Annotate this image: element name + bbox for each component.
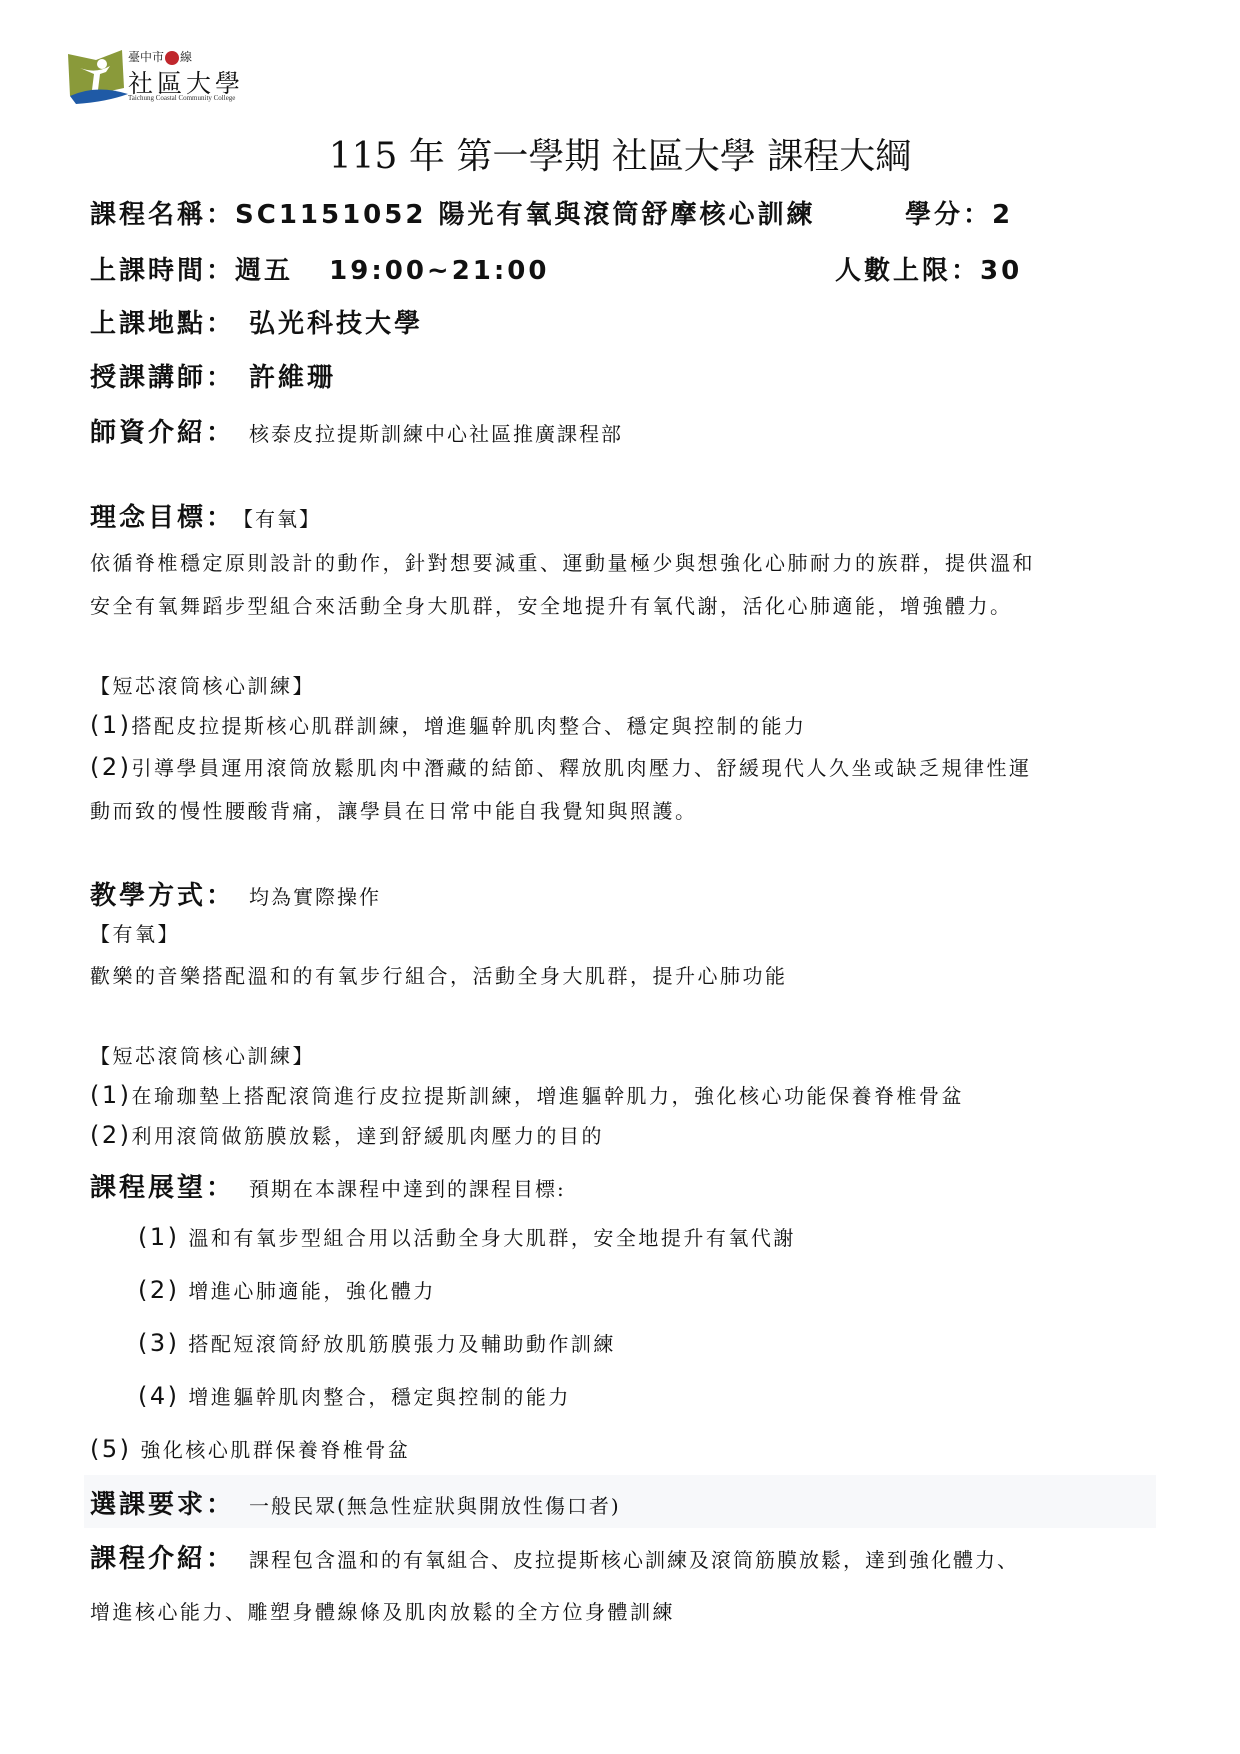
requirements-label: 選課要求： xyxy=(90,1490,235,1520)
credits-row: 學分：2 xyxy=(905,194,1013,231)
course-name-label: 課程名稱： xyxy=(90,200,235,230)
intro-line-1: 課程包含溫和的有氧組合、皮拉提斯核心訓練及滾筒筋膜放鬆，達到強化體力、 xyxy=(249,1548,1019,1572)
course-name-row: 課程名稱：SC1151052 陽光有氧與滾筒舒摩核心訓練 xyxy=(90,194,816,231)
page-title: 115 年 第一學期 社區大學 課程大綱 xyxy=(0,128,1240,179)
capacity-row: 人數上限：30 xyxy=(835,250,1022,287)
philosophy-label: 理念目標： xyxy=(90,503,235,533)
philosophy-item: (2)引導學員運用滾筒放鬆肌肉中潛藏的結節、釋放肌肉壓力、舒緩現代人久坐或缺乏規… xyxy=(90,752,1032,781)
instructor-bio-row: 師資介紹：核泰皮拉提斯訓練中心社區推廣課程部 xyxy=(90,412,623,449)
teaching-heading: 教學方式：均為實際操作 xyxy=(90,875,381,912)
teaching-tag: 【有氧】 xyxy=(90,918,180,947)
credits-value: 2 xyxy=(992,200,1013,230)
teaching-item: (1)在瑜珈墊上搭配滾筒進行皮拉提斯訓練，增進軀幹肌力，強化核心功能保養脊椎骨盆 xyxy=(90,1080,964,1109)
outlook-item: (3) 搭配短滾筒紓放肌筋膜張力及輔助動作訓練 xyxy=(138,1328,616,1357)
course-name-value: SC1151052 陽光有氧與滾筒舒摩核心訓練 xyxy=(235,200,816,230)
teaching-label: 教學方式： xyxy=(90,881,235,911)
location-label: 上課地點： xyxy=(90,309,235,339)
outlook-heading: 課程展望：預期在本課程中達到的課程目標: xyxy=(90,1167,566,1204)
college-logo: 臺中市線 社區大學 Taichung Coastal Community Col… xyxy=(66,44,266,108)
instructor-value: 許維珊 xyxy=(249,363,336,393)
philosophy-heading: 理念目標：【有氧】 xyxy=(90,497,321,534)
philosophy-line-2: 安全有氧舞蹈步型組合來活動全身大肌群，安全地提升有氧代謝，活化心肺適能，增強體力… xyxy=(90,590,1013,619)
outlook-value: 預期在本課程中達到的課程目標: xyxy=(249,1177,566,1201)
intro-heading: 課程介紹：課程包含溫和的有氧組合、皮拉提斯核心訓練及滾筒筋膜放鬆，達到強化體力、 xyxy=(90,1538,1019,1575)
philosophy-line-1: 依循脊椎穩定原則設計的動作，針對想要減重、運動量極少與想強化心肺耐力的族群，提供… xyxy=(90,547,1035,576)
teaching-value: 均為實際操作 xyxy=(249,885,381,909)
instructor-row: 授課講師：許維珊 xyxy=(90,357,336,394)
outlook-label: 課程展望： xyxy=(90,1173,235,1203)
teaching-line: 歡樂的音樂搭配溫和的有氧步行組合，活動全身大肌群，提升心肺功能 xyxy=(90,960,788,989)
capacity-label: 人數上限： xyxy=(835,256,980,286)
logo-city-text: 臺中市線 xyxy=(128,48,192,65)
outlook-item: (5) 強化核心肌群保養脊椎骨盆 xyxy=(90,1434,410,1463)
intro-line-2: 增進核心能力、雕塑身體線條及肌肉放鬆的全方位身體訓練 xyxy=(90,1596,675,1625)
class-time-row: 上課時間：週五 19:00~21:00 xyxy=(90,250,549,287)
outlook-item: (2) 增進心肺適能，強化體力 xyxy=(138,1275,436,1304)
philosophy-tag-2: 【短芯滾筒核心訓練】 xyxy=(90,670,315,699)
outlook-item: (4) 增進軀幹肌肉整合，穩定與控制的能力 xyxy=(138,1381,571,1410)
outlook-item: (1) 溫和有氧步型組合用以活動全身大肌群，安全地提升有氧代謝 xyxy=(138,1222,796,1251)
location-value: 弘光科技大學 xyxy=(249,309,423,339)
instructor-label: 授課講師： xyxy=(90,363,235,393)
instructor-bio-value: 核泰皮拉提斯訓練中心社區推廣課程部 xyxy=(249,422,623,446)
class-time-label: 上課時間： xyxy=(90,256,235,286)
instructor-bio-label: 師資介紹： xyxy=(90,418,235,448)
class-time-value: 週五 19:00~21:00 xyxy=(235,256,549,286)
philosophy-continuation: 動而致的慢性腰酸背痛，讓學員在日常中能自我覺知與照護。 xyxy=(90,795,698,824)
logo-english-name: Taichung Coastal Community College xyxy=(128,94,235,102)
capacity-value: 30 xyxy=(980,256,1022,286)
philosophy-item: (1)搭配皮拉提斯核心肌群訓練，增進軀幹肌肉整合、穩定與控制的能力 xyxy=(90,710,807,739)
philosophy-tag: 【有氧】 xyxy=(243,507,321,531)
teaching-item: (2)利用滾筒做筋膜放鬆，達到舒緩肌肉壓力的目的 xyxy=(90,1120,604,1149)
logo-red-seal-icon xyxy=(165,51,179,65)
credits-label: 學分： xyxy=(905,200,992,230)
logo-book-icon xyxy=(66,44,130,108)
requirements-value: 一般民眾(無急性症狀與開放性傷口者) xyxy=(249,1494,621,1518)
location-row: 上課地點：弘光科技大學 xyxy=(90,303,423,340)
teaching-tag-2: 【短芯滾筒核心訓練】 xyxy=(90,1040,315,1069)
requirements-row: 選課要求：一般民眾(無急性症狀與開放性傷口者) xyxy=(90,1484,621,1521)
intro-label: 課程介紹： xyxy=(90,1544,235,1574)
